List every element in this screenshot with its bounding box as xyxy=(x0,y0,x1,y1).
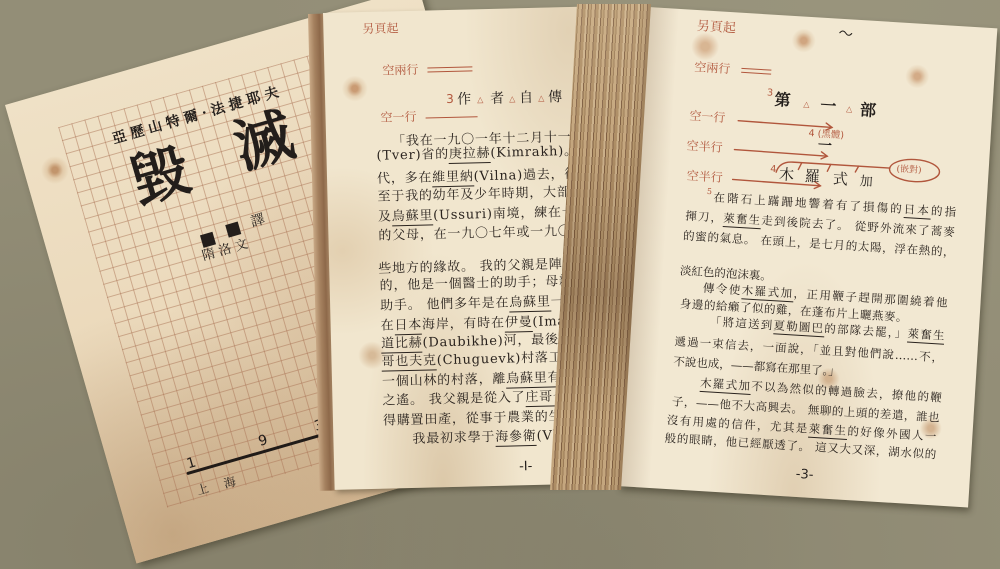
editor-note-new-page: 另頁起 xyxy=(362,22,398,35)
spacing-arrow-icon xyxy=(734,150,827,157)
heading-char: 作 xyxy=(457,92,471,106)
heading-char: 者 xyxy=(490,92,504,106)
underlined-place-name: 海參衛 xyxy=(495,429,537,447)
underlined-name: 木羅式加 xyxy=(741,283,794,302)
text-line: 些地方的緣故。 我的父親是陣亡 xyxy=(378,258,576,276)
text-line: 的父母，在一九〇七年或一九〇八 xyxy=(378,225,585,243)
text-segment: 的父母，在一九〇七年或一九〇八 xyxy=(378,224,585,244)
text-segment: 得購置田產，從事于農業的生活 xyxy=(383,409,577,429)
editor-note-spacing: 空半行 xyxy=(686,140,723,154)
text-segment: 揮刀， xyxy=(685,209,724,225)
text-segment: 海岸，有時在 xyxy=(422,316,505,333)
underlined-place-name: 哥也夫克 xyxy=(381,353,437,371)
text-line: 道比赫(Daubikhe)河，最後一次 xyxy=(381,333,587,351)
text-segment: 及 xyxy=(378,209,392,224)
editor-double-line xyxy=(427,66,472,72)
editor-note-spacing: 空一行 xyxy=(689,110,726,124)
text-segment: (Tver)省的 xyxy=(376,147,449,164)
manuscript-page-part-one: 另頁起 空兩行 3 第 △ 一 △ 部 空一行 4 (黑體) 一 空半行 空半行… xyxy=(619,7,998,507)
underlined-name: 萊奮生 xyxy=(907,326,945,344)
text-segment: 的，他是一個醫士的助手；母親是 xyxy=(380,274,587,294)
text-segment: 的指 xyxy=(931,204,957,220)
underlined-name: 日本 xyxy=(903,202,931,220)
heading-char: 傳 xyxy=(548,90,562,104)
underlined-name: 夏勒圖巴 xyxy=(773,318,825,337)
editor-triangle-mark: △ xyxy=(803,101,810,109)
underlined-place-name: 烏蘇里 xyxy=(509,295,551,313)
circled-editor-note: (嵌對) xyxy=(896,165,922,176)
underlined-place-name: 烏蘇里 xyxy=(392,208,434,226)
spacing-arrow-icon xyxy=(738,121,832,128)
text-line: 代，多在維里納(Vilna)過去，後來 xyxy=(377,167,592,185)
editor-size-mark: 3 xyxy=(767,88,774,98)
text-line: 及烏蘇里(Ussuri)南境，練在一起 xyxy=(378,206,590,224)
underlined-name: 萊奮生 xyxy=(723,211,762,229)
underlined-name: 萊奮生 xyxy=(808,422,848,440)
heading-char: 自 xyxy=(519,91,533,105)
underlined-place-name: 伊曼 xyxy=(505,315,533,333)
editor-size-mark: 4 xyxy=(770,165,777,175)
paragraph-mark: 5 xyxy=(707,188,713,196)
chapter-heading-char: 羅 xyxy=(804,169,820,185)
text-line: 得購置田產，從事于農業的生活 xyxy=(383,410,576,428)
text-line: 的，他是一個醫士的助手；母親是 xyxy=(380,275,587,293)
table-surface: 亞歷山特爾·法捷耶夫 毀 滅 ■ ■ 譯 隋洛文 1 9 3 上 海 另頁起 空… xyxy=(0,0,1000,569)
text-segment: 至于我的幼年及少年時期，大部分 xyxy=(377,185,584,205)
text-segment: 助手。 他們多年是在 xyxy=(380,296,509,314)
underlined-place-name: 庚拉赫 xyxy=(449,146,491,164)
text-line: 在日本海岸，有時在伊曼(Iman xyxy=(381,315,576,333)
text-line: (Tver)省的庚拉赫(Kimrakh)。 在 xyxy=(376,144,596,162)
underlined-place-name: 道比赫 xyxy=(381,336,423,354)
text-segment: 在 xyxy=(380,318,394,333)
text-segment: 代，多在 xyxy=(377,170,433,186)
part-heading-char: 部 xyxy=(860,102,877,119)
text-line: 至于我的幼年及少年時期，大部分 xyxy=(377,186,584,204)
editor-note-new-page: 另頁起 xyxy=(697,20,737,35)
chapter-heading-char: 加 xyxy=(859,175,873,189)
section-number: 一 xyxy=(817,139,832,154)
editor-size-mark: 3 xyxy=(446,93,454,105)
editor-note-spacing: 空半行 xyxy=(686,170,723,184)
underlined-place-name: 日本 xyxy=(394,318,422,336)
page-number: -I- xyxy=(519,460,533,473)
text-line: 我最初求學于海參衛(Vl xyxy=(412,429,558,446)
underlined-place-name: 維里納 xyxy=(432,169,474,187)
page-number: -3- xyxy=(795,468,813,482)
text-line: 助手。 他們多年是在烏蘇里一 xyxy=(380,295,565,313)
editor-note-spacing: 空一行 xyxy=(380,111,416,124)
part-heading-char: 一 xyxy=(820,98,837,115)
editor-note-spacing: 空兩行 xyxy=(382,64,418,77)
chapter-heading-char: 木 xyxy=(779,167,795,183)
editor-triangle-mark: △ xyxy=(846,105,853,113)
part-heading-char: 第 xyxy=(774,92,791,109)
underlined-name: 木羅式加 xyxy=(700,376,752,395)
text-segment: 一個山林的村落，離 xyxy=(382,372,507,390)
underlined-place-name: 烏蘇里有 xyxy=(506,370,562,388)
text-line: 之遙。 我父親是從入了庄哥也 xyxy=(382,390,567,408)
text-segment: 之遙。 我父親是從入了 xyxy=(382,390,525,408)
text-segment: 傳令使 xyxy=(703,281,743,297)
chapter-heading-char: 式 xyxy=(832,172,848,188)
editor-triangle-mark: △ xyxy=(538,95,544,103)
text-segment: 我最初求學于 xyxy=(412,430,495,447)
editor-triangle-mark: △ xyxy=(477,96,483,104)
editor-triangle-mark: △ xyxy=(509,95,515,103)
text-line: 一個山林的村落，離烏蘇里有一 xyxy=(382,371,575,389)
editor-note-spacing: 空兩行 xyxy=(694,61,731,75)
editor-single-line xyxy=(426,116,478,118)
